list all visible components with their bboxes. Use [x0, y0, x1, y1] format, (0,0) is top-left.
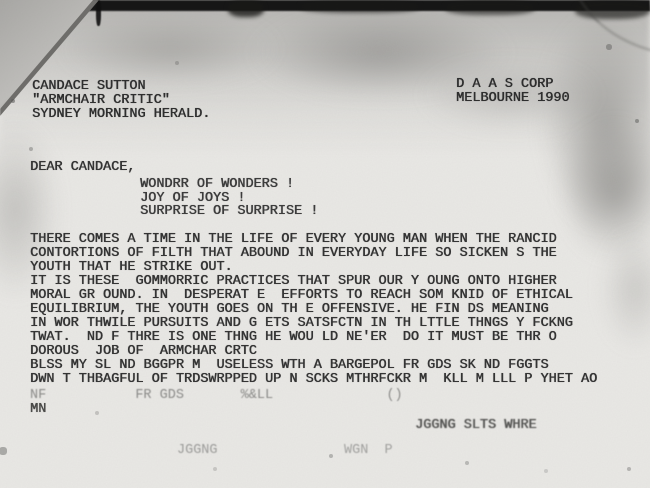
scan-blotch [600, 230, 650, 350]
letter-body: THERE COMES A TIME IN THE LIFE OF EVERY … [30, 233, 597, 387]
scanner-edge-smudge [445, 0, 535, 15]
signoff-faint-left: JGGNG [177, 444, 218, 458]
scanner-edge-smudge [228, 0, 264, 17]
salutation: DEAR CANDACE, [30, 161, 135, 175]
scanner-edge-smudge [300, 0, 420, 13]
scanner-edge-tick [96, 0, 101, 26]
scanned-letter-page: CANDACE SUTTON "ARMCHAIR CRITIC" SYDNEY … [0, 0, 650, 488]
dust-specks [0, 0, 2, 2]
signoff-right: JGGNG SLTS WHRE [415, 419, 537, 433]
recipient-address: CANDACE SUTTON "ARMCHAIR CRITIC" SYDNEY … [32, 80, 210, 122]
exclamation-lines: WONDRR OF WONDERS ! JOY OF JOYS ! SURPRI… [140, 178, 318, 219]
signoff-faint-right: WGN P [344, 444, 393, 458]
sender-address: D A A S CORP MELBOURNE 1990 [456, 78, 569, 106]
initials-line: MN [30, 403, 46, 417]
faded-typed-line: NF FR GDS %&LL () [30, 389, 403, 403]
